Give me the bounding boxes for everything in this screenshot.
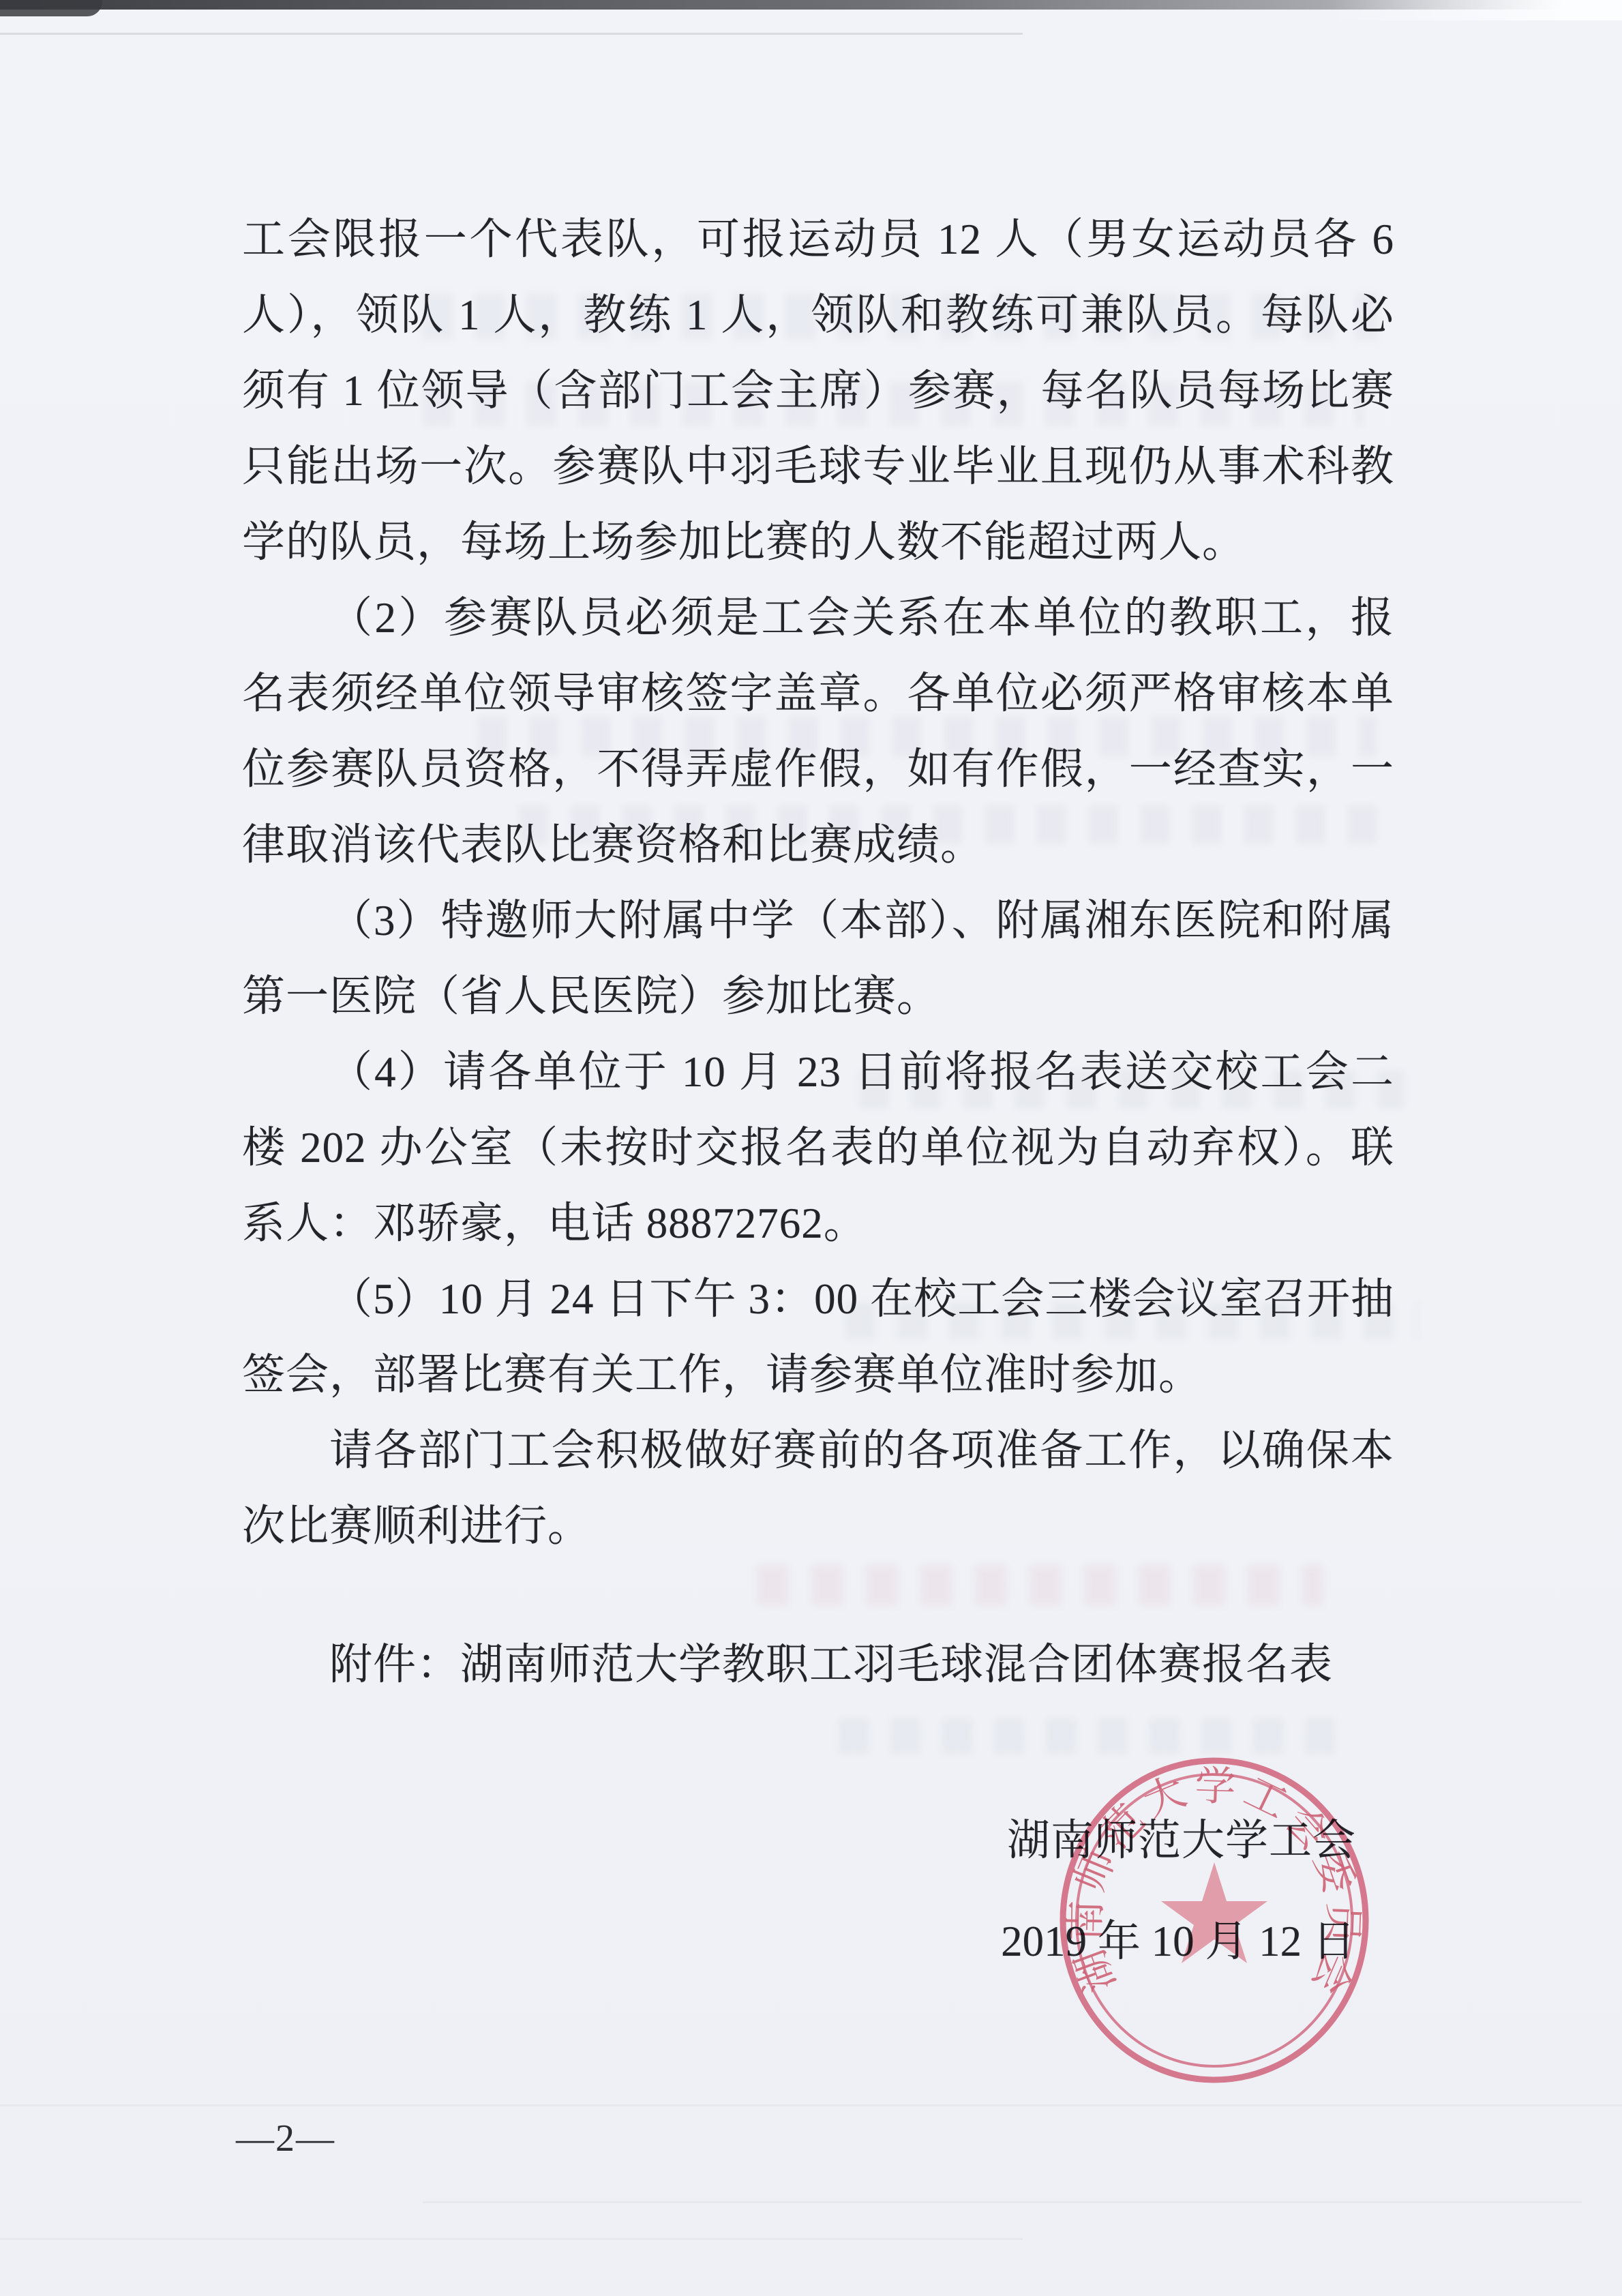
attachment-line: 附件：湖南师范大学教职工羽毛球混合团体赛报名表 bbox=[329, 1634, 1333, 1695]
document-body: 工会限报一个代表队，可报运动员 12 人（男女运动员各 6人），领队 1 人，教… bbox=[242, 202, 1394, 1564]
document-line: 第一医院（省人民医院）参加比赛。 bbox=[242, 959, 1394, 1034]
document-line: （5）10 月 24 日下午 3：00 在校工会三楼会议室召开抽 bbox=[242, 1262, 1394, 1337]
document-line: 次比赛顺利进行。 bbox=[242, 1489, 1394, 1564]
scan-streak-artifact bbox=[423, 2201, 1582, 2203]
document-line: （3）特邀师大附属中学（本部）、附属湘东医院和附属 bbox=[242, 883, 1394, 959]
scan-line-artifact bbox=[0, 33, 1023, 35]
document-line: 只能出场一次。参赛队中羽毛球专业毕业且现仍从事术科教 bbox=[242, 429, 1394, 505]
page-number: —2— bbox=[236, 2117, 335, 2160]
document-line: 楼 202 办公室（未按时交报名表的单位视为自动弃权）。联 bbox=[242, 1110, 1394, 1186]
document-line: 律取消该代表队比赛资格和比赛成绩。 bbox=[242, 807, 1394, 883]
document-line: 签会，部署比赛有关工作，请参赛单位准时参加。 bbox=[242, 1337, 1394, 1413]
bleedthrough-artifact bbox=[757, 1565, 1323, 1606]
official-seal-stamp: 湖南师范大学工会委员会 bbox=[1054, 1753, 1375, 2088]
document-line: 须有 1 位领导（含部门工会主席）参赛，每名队员每场比赛 bbox=[242, 353, 1394, 429]
document-line: 工会限报一个代表队，可报运动员 12 人（男女运动员各 6 bbox=[242, 202, 1394, 278]
document-line: 系人：邓骄豪，电话 88872762。 bbox=[242, 1186, 1394, 1262]
document-line: 学的队员，每场上场参加比赛的人数不能超过两人。 bbox=[242, 505, 1394, 580]
seal-star-icon bbox=[1161, 1862, 1267, 1963]
scan-edge-artifact bbox=[0, 0, 1622, 10]
scanned-document-page: 工会限报一个代表队，可报运动员 12 人（男女运动员各 6人），领队 1 人，教… bbox=[0, 0, 1622, 2296]
document-line: 人），领队 1 人，教练 1 人，领队和教练可兼队员。每队必 bbox=[242, 278, 1394, 353]
document-line: 名表须经单位领导审核签字盖章。各单位必须严格审核本单 bbox=[242, 656, 1394, 732]
document-line: 位参赛队员资格，不得弄虚作假，如有作假，一经查实，一 bbox=[242, 732, 1394, 807]
document-line: （4）请各单位于 10 月 23 日前将报名表送交校工会二 bbox=[242, 1034, 1394, 1110]
scan-streak-artifact bbox=[0, 2104, 1622, 2106]
document-line: 请各部门工会积极做好赛前的各项准备工作，以确保本 bbox=[242, 1413, 1394, 1489]
scan-streak-artifact bbox=[0, 2238, 1023, 2240]
bleedthrough-artifact bbox=[839, 1718, 1357, 1754]
document-line: （2）参赛队员必须是工会关系在本单位的教职工，报 bbox=[242, 580, 1394, 656]
